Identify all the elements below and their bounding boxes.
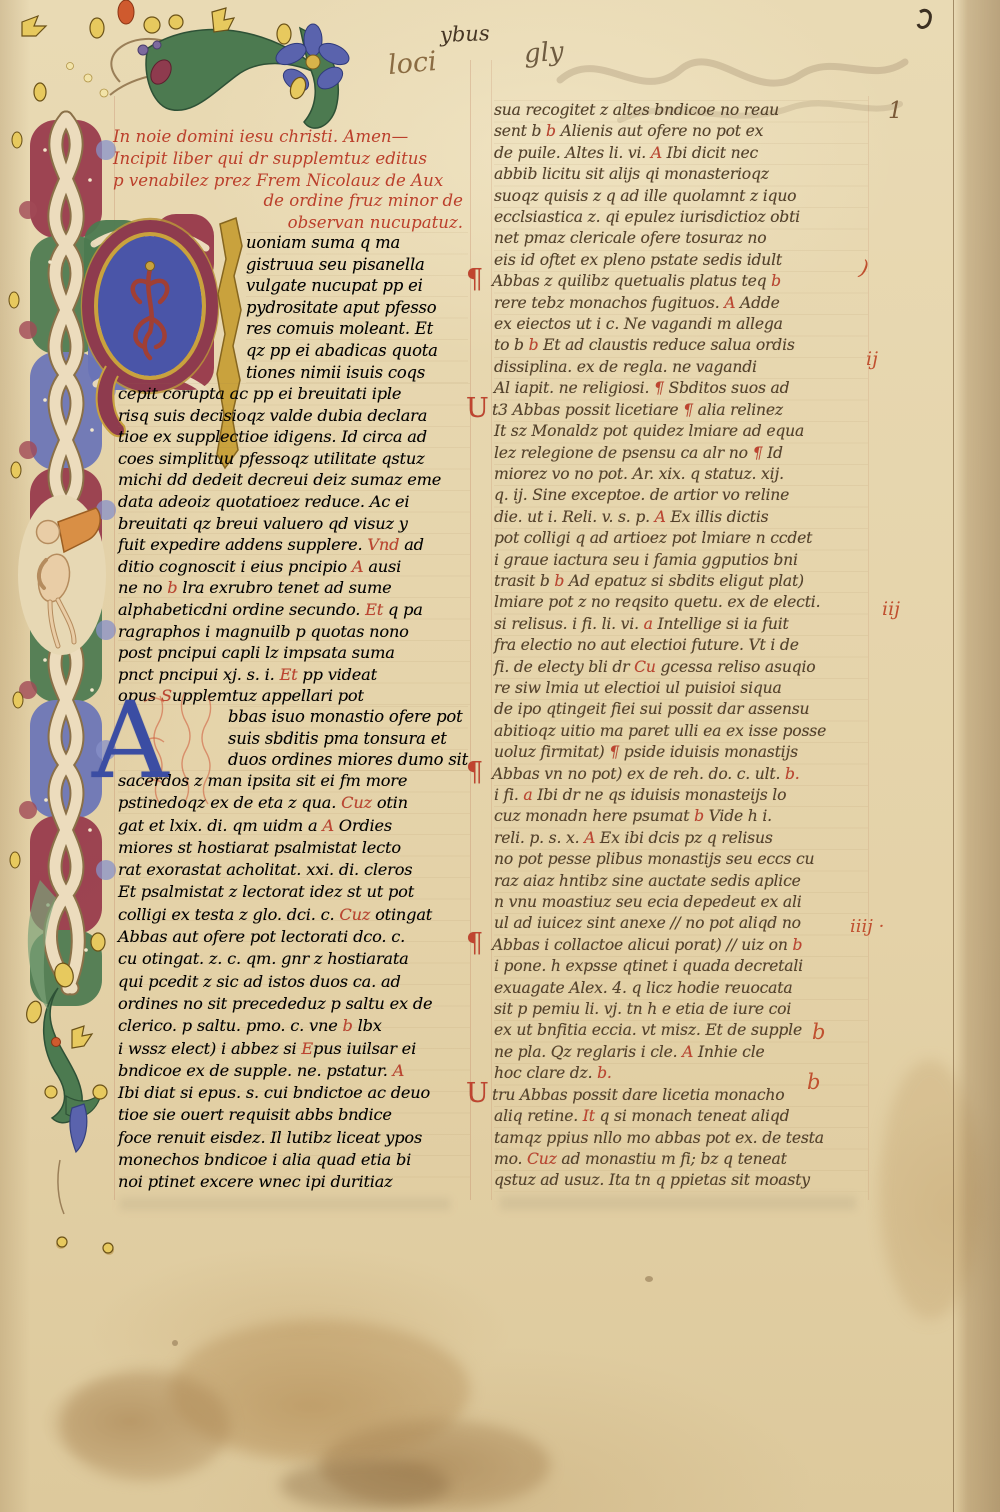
- text-line: ¶Abbas i collactoe alicui porat) // uiz …: [494, 935, 868, 956]
- text-line: qui pcedit z sic ad istos duos ca. ad: [118, 971, 470, 993]
- text-line: Ut3 Abbas possit licetiare ¶ alia reline…: [494, 400, 868, 421]
- text-line: duos ordines miores dumo sit: [228, 749, 468, 771]
- text-line: res comuis moleant. Et: [246, 318, 468, 340]
- left-column-paragraph2-indented: bbas isuo monastio ofere potsuis sbditis…: [228, 706, 468, 771]
- text-line: Incipit liber qui dr supplemtuz editus: [113, 148, 469, 170]
- text-line: noi ptinet excere wnec ipi duritiaz: [118, 1171, 470, 1193]
- text-line: raz aiaz hntibz sine auctate sedis aplic…: [494, 871, 868, 892]
- text-line: cu otingat. z. c. qm. gnr z hostiarata: [118, 948, 470, 970]
- text-line: In noie domini iesu christi. Amen—: [113, 126, 469, 148]
- margin-b-mark-1: b: [812, 1020, 825, 1044]
- show-through: [120, 1198, 450, 1210]
- text-line: qz pp ei abadicas quota: [246, 340, 468, 362]
- ruling-line: [491, 60, 492, 1200]
- rubric-heading: In noie domini iesu christi. Amen—Incipi…: [113, 126, 469, 192]
- page-edge: [953, 0, 1000, 1512]
- text-line: p venabilez prez Frem Nicolauz de Aux: [113, 170, 469, 192]
- text-line: de ordine fruz minor de: [113, 190, 463, 212]
- text-line: ditio cognoscit i eius pncipio A ausi: [118, 556, 470, 578]
- text-line: miores st hostiarat psalmistat lecto: [118, 837, 470, 859]
- text-line: suis sbditis pma tonsura et: [228, 728, 468, 750]
- text-line: sent b b Alienis aut ofere no pot ex: [494, 121, 868, 142]
- quire-mark-4: iiij ·: [850, 916, 884, 937]
- text-line: fuit expedire addens supplere. Vnd ad: [118, 534, 470, 556]
- text-line: de ipo qtingeit fiei sui possit dar asse…: [494, 699, 868, 720]
- text-line: die. ut i. Reli. v. s. p. A Ex illis dic…: [494, 507, 868, 528]
- text-line: to b b Et ad claustis reduce salua ordis: [494, 335, 868, 356]
- text-line: tiones nimii isuis coqs: [246, 362, 468, 384]
- left-column-paragraph1-indented: uoniam suma q magistruua seu pisanellavu…: [246, 232, 468, 383]
- text-line: breuitati qz breui valuero qd visuz y: [118, 513, 470, 535]
- text-line: pot colligi q ad artioez pot lmiare n cc…: [494, 528, 868, 549]
- text-line: tioe sie ouert requisit abbs bndice: [118, 1104, 470, 1126]
- text-line: mo. Cuz ad monastiu m fi; bz q teneat: [494, 1149, 868, 1170]
- text-line: abitioqz uitio ma paret ulli ea ex isse …: [494, 721, 868, 742]
- text-line: Abbas aut ofere pot lectorati dco. c.: [118, 926, 470, 948]
- text-line: reli. p. s. x. A Ex ibi dcis pz q relisu…: [494, 828, 868, 849]
- text-line: uoniam suma q ma: [246, 232, 468, 254]
- text-line: bndicoe ex de supple. ne. pstatur. A: [118, 1060, 470, 1082]
- text-line: It sz Monaldz pot quidez lmiare ad equa: [494, 421, 868, 442]
- text-line: re siw lmia ut electioi ul puisioi siqua: [494, 678, 868, 699]
- gloss-ybus: ybus: [440, 21, 490, 47]
- text-line: sit p pemiu li. vj. tn h e etia de iure …: [494, 999, 868, 1020]
- text-line: ex eiectos ut i c. Ne vagandi m allega: [494, 314, 868, 335]
- text-line: cepit corupta ac pp ei breuitati iple: [118, 383, 470, 405]
- foxing-speck: [172, 1340, 178, 1346]
- parchment-stain: [280, 1460, 450, 1510]
- text-line: ecclsiastica z. qi epulez iurisdictioz o…: [494, 207, 868, 228]
- text-line: i fi. a Ibi dr ne qs iduisis monasteijs …: [494, 785, 868, 806]
- quire-mark-2: ij: [866, 348, 878, 370]
- text-line: monechos bndicoe i alia quad etia bi: [118, 1149, 470, 1171]
- text-line: net pmaz clericale ofere tosuraz no: [494, 228, 868, 249]
- text-line: tamqz ppius nllo mo abbas pot ex. de tes…: [494, 1128, 868, 1149]
- text-line: ordines no sit precededuz p saltu ex de: [118, 993, 470, 1015]
- text-line: alphabeticdni ordine secundo. Et q pa: [118, 599, 470, 621]
- text-line: coes simplituu pfessoqz utilitate qstuz: [118, 448, 470, 470]
- text-line: si relisus. i fi. li. vi. a Intellige si…: [494, 614, 868, 635]
- text-line: i wssz elect) i abbez si Epus iuilsar ei: [118, 1038, 470, 1060]
- text-line: eis id oftet ex pleno pstate sedis idult: [494, 250, 868, 271]
- text-line: n vnu moastiuz seu ecia depedeut ex ali: [494, 892, 868, 913]
- text-line: qstuz ad usuz. Ita tn q ppietas sit moas…: [494, 1170, 868, 1191]
- text-line: sua recogitet z altes bndicoe no reau: [494, 100, 868, 121]
- text-line: no pot pesse plibus monastijs seu eccs c…: [494, 849, 868, 870]
- text-line: ¶Abbas z quilibz quetualis platus teq b: [494, 271, 868, 292]
- text-line: rat exorastat acholitat. xxi. di. cleros: [118, 859, 470, 881]
- text-line: colligi ex testa z glo. dci. c. Cuz otin…: [118, 904, 470, 926]
- gloss-loci: loci: [387, 46, 438, 81]
- text-line: vulgate nucupat pp ei: [246, 275, 468, 297]
- text-line: tioe ex supplectioe idigens. Id circa ad: [118, 426, 470, 448]
- gloss-gly: gly: [523, 37, 565, 70]
- text-line: ne no b lra exrubro tenet ad sume: [118, 577, 470, 599]
- text-line: clerico. p saltu. pmo. c. vne b lbx: [118, 1015, 470, 1037]
- text-line: Ibi diat si epus. s. cui bndictoe ac deu…: [118, 1082, 470, 1104]
- text-line: miorez vo no pot. Ar. xix. q statuz. xij…: [494, 464, 868, 485]
- text-line: fi. de electy bli dr Cu gcessa reliso as…: [494, 657, 868, 678]
- text-line: lez relegione de psensu ca alr no ¶ Id: [494, 443, 868, 464]
- text-line: pnct pncipui xj. s. i. Et pp videat: [118, 664, 470, 686]
- text-line: data adeoiz quotatioez reduce. Ac ei: [118, 491, 470, 513]
- text-line: sacerdos z man ipsita sit ei fm more: [118, 770, 470, 792]
- text-line: foce renuit eisdez. Il lutibz liceat ypo…: [118, 1127, 470, 1149]
- text-line: i graue iactura seu i famia ggputios bni: [494, 550, 868, 571]
- text-line: Al iapit. ne religiosi. ¶ Sbditos suos a…: [494, 378, 868, 399]
- text-line: ne pla. Qz reglaris i cle. A Inhie cle: [494, 1042, 868, 1063]
- left-column-paragraph1: cepit corupta ac pp ei breuitati ipleris…: [118, 383, 470, 707]
- text-line: michi dd dedeit decreui deiz sumaz eme: [118, 469, 470, 491]
- text-line: pstinedoqz ex de eta z qua. Cuz otin: [118, 792, 470, 814]
- top-flourish: [22, 0, 352, 128]
- text-line: q. ij. Sine exceptoe. de artior vo relin…: [494, 485, 868, 506]
- text-line: Et psalmistat z lectorat idez st ut pot: [118, 881, 470, 903]
- text-line: gistruua seu pisanella: [246, 254, 468, 276]
- text-line: rere tebz monachos fugituos. A Adde: [494, 293, 868, 314]
- text-line: dissiplina. ex de regla. ne vagandi: [494, 357, 868, 378]
- text-line: bbas isuo monastio ofere pot: [228, 706, 468, 728]
- text-line: i pone. h expsse qtinet i quada decretal…: [494, 956, 868, 977]
- manuscript-page: loci ybus gly 1 In noie domini iesu chri…: [0, 0, 1000, 1512]
- text-line: post pncipui capli lz impsata suma: [118, 642, 470, 664]
- text-line: uoluz firmitat) ¶ pside iduisis monastij…: [494, 742, 868, 763]
- ruling-line: [470, 60, 471, 1200]
- text-line: suoqz quisis z q ad ille quolamnt z iquo: [494, 186, 868, 207]
- foxing-speck: [645, 1276, 653, 1282]
- text-line: ¶Abbas vn no pot) ex de reh. do. c. ult.…: [494, 764, 868, 785]
- putto-figure: [18, 495, 106, 655]
- left-column-paragraph2: sacerdos z man ipsita sit ei fm morepsti…: [118, 770, 470, 1194]
- text-line: exuagate Alex. 4. q licz hodie reuocata: [494, 978, 868, 999]
- text-line: ul ad iuicez sint anexe // no pot aliqd …: [494, 913, 868, 934]
- quire-mark-3: iij: [882, 598, 900, 620]
- text-line: gat et lxix. di. qm uidm a A Ordies: [118, 815, 470, 837]
- text-line: trasit b b Ad epatuz si sbdits eligut pl…: [494, 571, 868, 592]
- text-line: abbib licitu sit alijs qi monasterioqz: [494, 164, 868, 185]
- show-through: [500, 1196, 856, 1210]
- text-line: pydrositate aput pfesso: [246, 297, 468, 319]
- text-line: de puile. Altes li. vi. A Ibi dicit nec: [494, 143, 868, 164]
- text-line: fra electio no aut electioi future. Vt i…: [494, 635, 868, 656]
- text-line: aliq retine. It q si monach teneat aliqd: [494, 1106, 868, 1127]
- text-line: cuz monadn here psumat b Vide h i.: [494, 806, 868, 827]
- parchment-stain: [60, 1370, 230, 1480]
- margin-b-mark-2: b: [807, 1070, 820, 1094]
- text-line: ragraphos i magnuilb p quotas nono: [118, 621, 470, 643]
- text-line: risq suis decisioqz valde dubia declara: [118, 405, 470, 427]
- folio-number: 1: [888, 98, 903, 124]
- text-line: lmiare pot z no reqsito quetu. ex de ele…: [494, 592, 868, 613]
